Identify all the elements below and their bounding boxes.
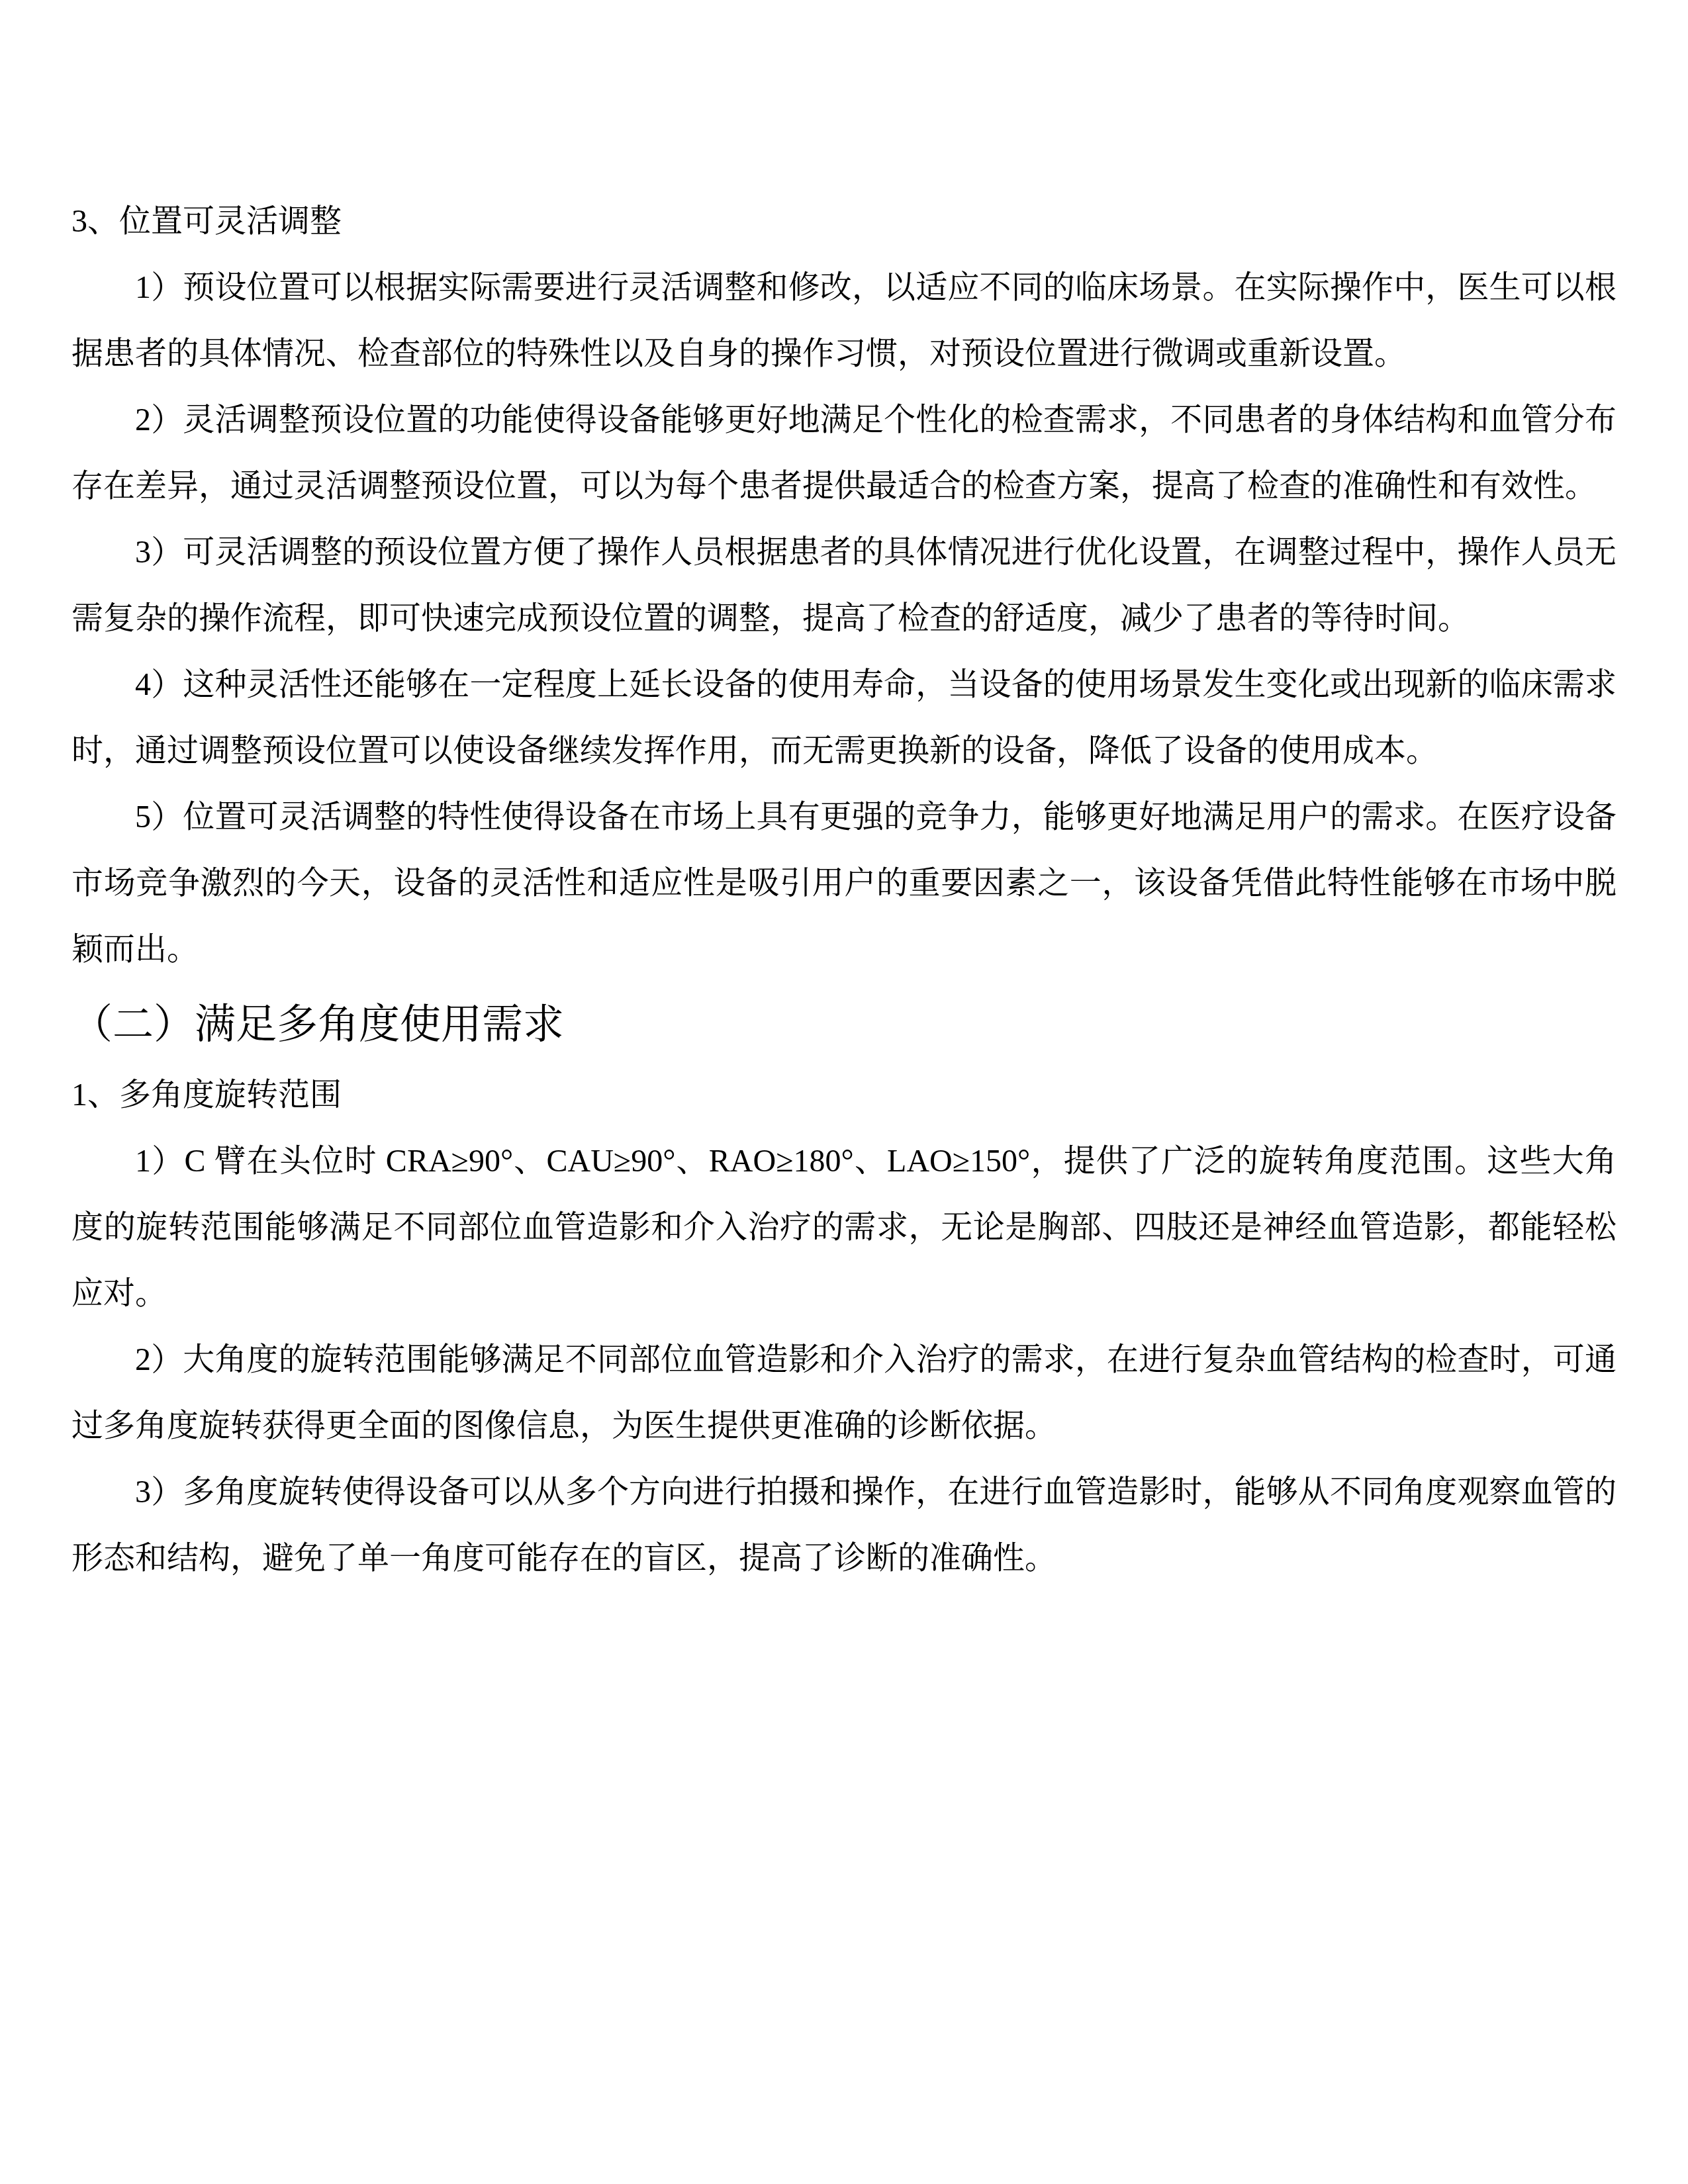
document-page: 3、位置可灵活调整 1）预设位置可以根据实际需要进行灵活调整和修改，以适应不同的… [0, 0, 1688, 2184]
paragraph-position-5: 5）位置可灵活调整的特性使得设备在市场上具有更强的竞争力，能够更好地满足用户的需… [71, 784, 1617, 983]
document-body: 3、位置可灵活调整 1）预设位置可以根据实际需要进行灵活调整和修改，以适应不同的… [71, 189, 1617, 1592]
heading-position-adjustable: 3、位置可灵活调整 [71, 189, 1617, 255]
section-heading-multi-angle: （二）满足多角度使用需求 [71, 988, 1617, 1062]
paragraph-position-3: 3）可灵活调整的预设位置方便了操作人员根据患者的具体情况进行优化设置，在调整过程… [71, 520, 1617, 652]
paragraph-position-1: 1）预设位置可以根据实际需要进行灵活调整和修改，以适应不同的临床场景。在实际操作… [71, 255, 1617, 387]
heading-rotation-range: 1、多角度旋转范围 [71, 1062, 1617, 1128]
paragraph-rotation-1: 1）C 臂在头位时 CRA≥90°、CAU≥90°、RAO≥180°、LAO≥1… [71, 1128, 1617, 1327]
paragraph-rotation-3: 3）多角度旋转使得设备可以从多个方向进行拍摄和操作，在进行血管造影时，能够从不同… [71, 1459, 1617, 1592]
paragraph-position-2: 2）灵活调整预设位置的功能使得设备能够更好地满足个性化的检查需求，不同患者的身体… [71, 387, 1617, 520]
paragraph-position-4: 4）这种灵活性还能够在一定程度上延长设备的使用寿命，当设备的使用场景发生变化或出… [71, 652, 1617, 784]
paragraph-rotation-2: 2）大角度的旋转范围能够满足不同部位血管造影和介入治疗的需求，在进行复杂血管结构… [71, 1327, 1617, 1459]
